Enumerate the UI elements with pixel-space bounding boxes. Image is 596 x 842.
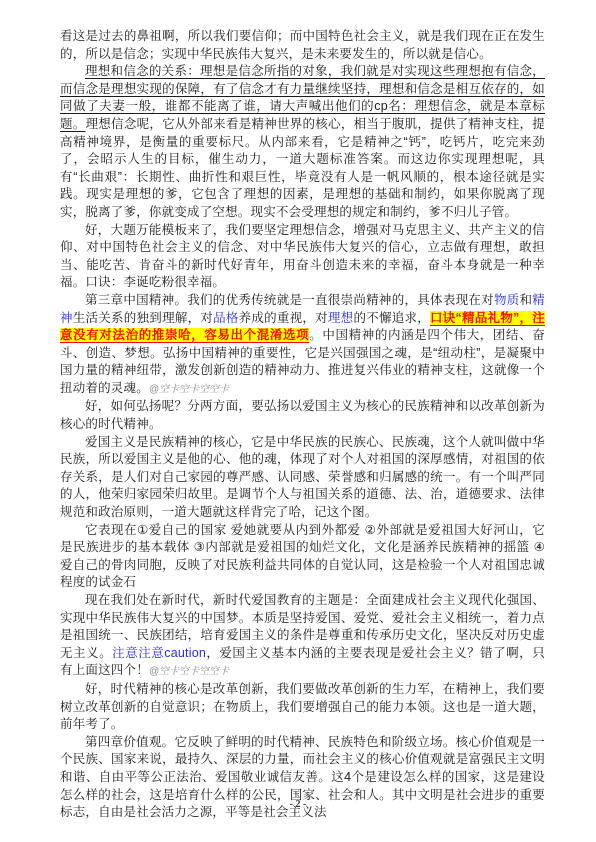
text-run: 理想信念呢，它从外部来看是精神世界的核心，相当于腹肌，提供了精神支柱，提高精神境…: [60, 117, 545, 219]
paragraph-patriotism-core: 爱国主义是民族精神的核心，它是中华民族的民族心、民族魂，这个人就叫做中华民族，所…: [60, 434, 545, 522]
paragraph-essay-template: 好，大题万能模板来了，我们要坚定理想信念，增强对马克思主义、共产主义的信仰、对中…: [60, 222, 545, 292]
text-run: 爱国主义是民族精神的核心，它是中华民族的民族心、民族魂，这个人就叫做中华民族，所…: [60, 435, 545, 519]
keyword-ideal: 理想: [328, 311, 354, 325]
text-run: 生活关系的独到理解，对: [73, 311, 213, 325]
paragraph-how-to-promote: 好，如何弘扬呢？分两方面，要弘扬以爱国主义为核心的民族精神和以改革创新为核心的时…: [60, 398, 545, 433]
keyword-material: 物质: [494, 293, 520, 307]
watermark-kongka: @空卡空卡空空卡: [149, 384, 229, 395]
caution-note: 注意注意caution: [112, 646, 206, 660]
text-run: 第三章中国精神。我们的优秀传统就是一直很崇尚精神的，具体表现在对: [85, 293, 494, 307]
keyword-character: 品格: [213, 311, 239, 325]
document-page: 看这是过去的鼻祖啊，所以我们要信仰；而中国特色社会主义，就是我们现在正在发生的，…: [0, 0, 596, 842]
text-run: 的不懈追求，: [353, 311, 430, 325]
paragraph-chapter3-chinese-spirit: 第三章中国精神。我们的优秀传统就是一直很崇尚精神的，具体表现在对物质和精神生活关…: [60, 292, 545, 399]
text-run: 它表现在①爱自己的国家 爱她就要从内到外都爱 ②外部就是爱祖国大好河山，它是民族…: [60, 523, 545, 590]
watermark-kongka: @空卡空卡空空卡: [149, 666, 229, 677]
paragraph-ideal-belief-relation: 理想和信念的关系：理想是信念所指的对象，我们就是对实现这些理想抱有信念，而信念是…: [60, 63, 545, 221]
paragraph-era-spirit-reform: 好，时代精神的核心是改革创新，我们要做改革创新的生力军，在精神上，我们要树立改革…: [60, 681, 545, 734]
paragraph-new-era-patriotic-education: 现在我们处在新时代，新时代爱国教育的主题是：全面建成社会主义现代化强国、实现中华…: [60, 592, 545, 681]
page-number: - 2 -: [0, 799, 596, 810]
text-run: 看这是过去的鼻祖啊，所以我们要信仰；而中国特色社会主义，就是我们现在正在发生的，…: [60, 29, 545, 61]
paragraph-patriotism-manifestations: 它表现在①爱自己的国家 爱她就要从内到外都爱 ②外部就是爱祖国大好河山，它是民族…: [60, 522, 545, 592]
text-run: 好，大题万能模板来了，我们要坚定理想信念，增强对马克思主义、共产主义的信仰、对中…: [60, 223, 545, 290]
paragraph-faith-belief-confidence: 看这是过去的鼻祖啊，所以我们要信仰；而中国特色社会主义，就是我们现在正在发生的，…: [60, 28, 545, 63]
text-run: 好，时代精神的核心是改革创新，我们要做改革创新的生力军，在精神上，我们要树立改革…: [60, 682, 545, 731]
text-run: 养成的重视，对: [239, 311, 328, 325]
text-run: 好，如何弘扬呢？分两方面，要弘扬以爱国主义为核心的民族精神和以改革创新为核心的时…: [60, 399, 545, 431]
text-run: 和: [520, 293, 533, 307]
